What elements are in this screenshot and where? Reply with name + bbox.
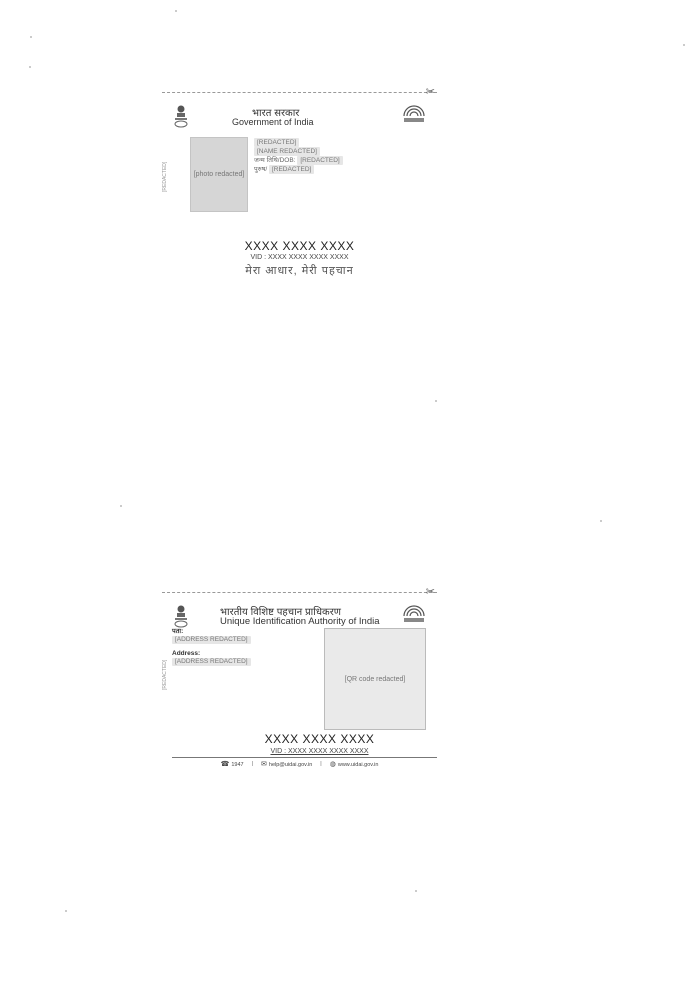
scan-speck	[65, 910, 67, 912]
header-english: Government of India	[232, 117, 314, 127]
scan-speck	[683, 44, 685, 46]
scan-speck	[435, 400, 437, 402]
dob-label: जन्म तिथि/DOB:	[254, 157, 296, 164]
web-contact: ◍www.uidai.gov.in	[330, 760, 379, 768]
footer: ☎1947 | ✉help@uidai.gov.in | ◍www.uidai.…	[162, 760, 437, 768]
aadhaar-number: XXXX XXXX XXXX	[202, 732, 437, 746]
gender-label: पुरुष/	[254, 166, 267, 173]
address-label-hindi: पता:	[172, 628, 322, 636]
national-emblem-icon	[172, 604, 190, 628]
cut-line	[162, 592, 437, 593]
address-label-english: Address:	[172, 650, 322, 658]
phone-icon: ☎	[221, 761, 230, 768]
footer-divider	[172, 757, 437, 758]
scissors-icon: ✂	[426, 585, 435, 598]
website: www.uidai.gov.in	[338, 762, 379, 768]
vid-line: VID : XXXX XXXX XXXX XXXX	[162, 254, 437, 261]
email-address: help@uidai.gov.in	[269, 762, 312, 768]
globe-icon: ◍	[330, 761, 336, 768]
phone-contact: ☎1947	[221, 760, 244, 768]
holder-name-hindi: [REDACTED]	[254, 138, 299, 147]
scan-speck	[415, 890, 417, 892]
aadhaar-logo-icon	[401, 102, 427, 124]
scissors-icon: ✂	[426, 85, 435, 98]
holder-name-english: [NAME REDACTED]	[254, 147, 320, 156]
vid-value: XXXX XXXX XXXX XXXX	[268, 254, 349, 261]
cut-line	[162, 92, 437, 93]
scan-speck	[175, 10, 177, 12]
mail-icon: ✉	[261, 761, 267, 768]
scan-speck	[29, 66, 31, 68]
scan-speck	[600, 520, 602, 522]
separator: |	[320, 761, 321, 767]
vid-line: VID : XXXX XXXX XXXX XXXX	[202, 748, 437, 755]
slogan: मेरा आधार, मेरी पहचान	[162, 263, 437, 278]
vid-label: VID :	[250, 254, 266, 261]
address-english: [ADDRESS REDACTED]	[172, 658, 251, 666]
gender-value: [REDACTED]	[269, 165, 314, 174]
aadhaar-logo-icon	[401, 602, 427, 624]
vid-label: VID :	[270, 748, 286, 755]
address-block: पता: [ADDRESS REDACTED] Address: [ADDRES…	[172, 628, 322, 666]
card-back: ✂ भारतीय विशिष्ट पहचान प्राधिकरण Unique …	[162, 592, 437, 772]
email-contact: ✉help@uidai.gov.in	[261, 760, 312, 768]
vid-value: XXXX XXXX XXXX XXXX	[288, 748, 369, 755]
national-emblem-icon	[172, 104, 190, 128]
holder-details: [REDACTED] [NAME REDACTED] जन्म तिथि/DOB…	[254, 138, 343, 174]
phone-number: 1947	[231, 762, 243, 768]
qr-code: [QR code redacted]	[324, 628, 426, 730]
address-hindi: [ADDRESS REDACTED]	[172, 636, 251, 644]
scan-speck	[30, 36, 32, 38]
side-issue-text: [REDACTED]	[162, 137, 174, 217]
scan-speck	[120, 505, 122, 507]
header-english: Unique Identification Authority of India	[220, 616, 380, 627]
card-front: ✂ भारत सरकार Government of India [REDACT…	[162, 92, 437, 277]
separator: |	[252, 761, 253, 767]
holder-photo: [photo redacted]	[190, 137, 248, 212]
aadhaar-number: XXXX XXXX XXXX	[162, 239, 437, 253]
dob-value: [REDACTED]	[297, 156, 342, 165]
